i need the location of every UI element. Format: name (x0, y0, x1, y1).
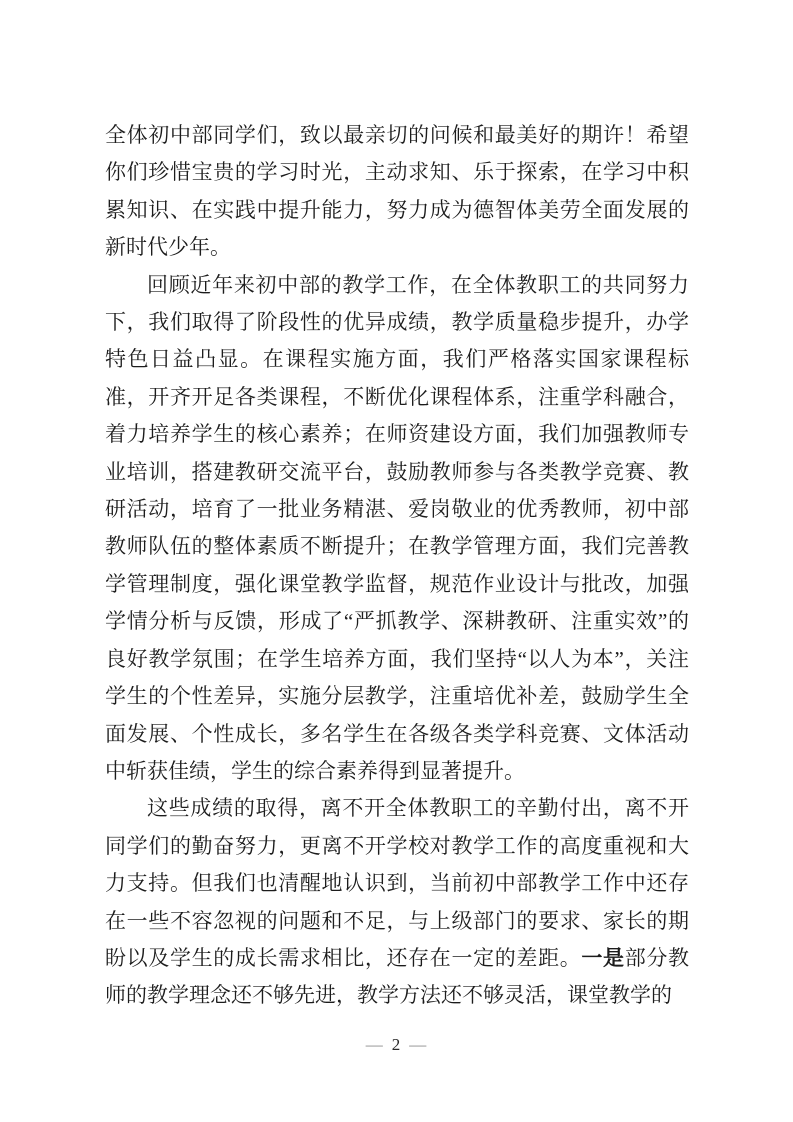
paragraph: 回顾近年来初中部的教学工作，在全体教职工的共同努力下，我们取得了阶段性的优异成绩… (105, 267, 689, 791)
page-number-value: 2 (392, 1035, 402, 1054)
text-run: 这些成绩的取得，离不开全体教职工的辛勤付出，离不开同学们的勤奋努力，更离不开学校… (105, 796, 689, 970)
page-number: —2— (0, 1032, 793, 1058)
paragraph: 全体初中部同学们，致以最亲切的问候和最美好的期许！希望你们珍惜宝贵的学习时光，主… (105, 117, 689, 267)
bold-text-run: 一是 (581, 946, 624, 970)
page-number-dash-right: — (401, 1035, 435, 1054)
page-number-dash-left: — (358, 1035, 392, 1054)
text-run: 回顾近年来初中部的教学工作，在全体教职工的共同努力下，我们取得了阶段性的优异成绩… (105, 273, 689, 783)
paragraph: 这些成绩的取得，离不开全体教职工的辛勤付出，离不开同学们的勤奋努力，更离不开学校… (105, 790, 689, 1014)
document-body: 全体初中部同学们，致以最亲切的问候和最美好的期许！希望你们珍惜宝贵的学习时光，主… (105, 117, 689, 1015)
text-run: 全体初中部同学们，致以最亲切的问候和最美好的期许！希望你们珍惜宝贵的学习时光，主… (105, 123, 689, 259)
document-page: 全体初中部同学们，致以最亲切的问候和最美好的期许！希望你们珍惜宝贵的学习时光，主… (0, 0, 793, 1122)
